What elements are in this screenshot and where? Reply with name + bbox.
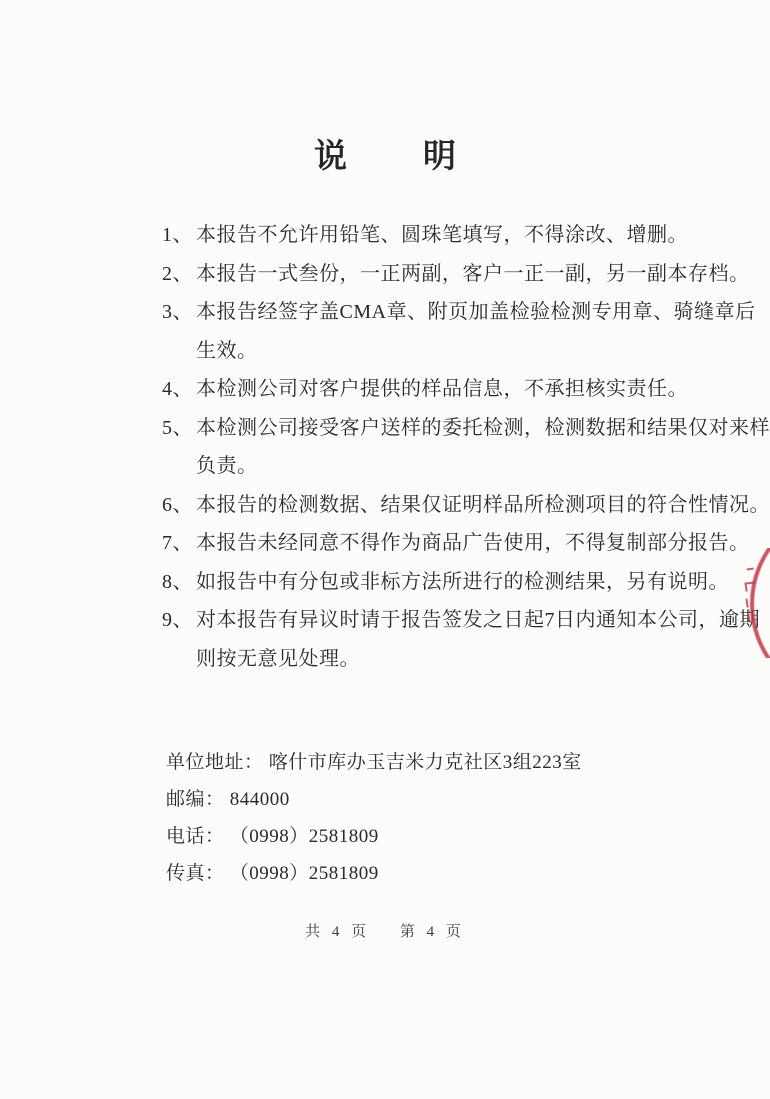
contact-label: 单位地址： [166, 752, 264, 773]
contact-value: 喀什市库办玉吉米力克社区3组223室 [269, 752, 582, 773]
contact-label: 电话： [166, 826, 225, 847]
note-item-2: 2、 本报告一式叁份，一正两副，客户一正一副，另一副本存档。 [162, 255, 770, 294]
note-text: 本报告的检测数据、结果仅证明样品所检测项目的符合性情况。 [196, 486, 770, 525]
page-title: 说明 [0, 130, 770, 177]
contact-row-phone: 电话： （0998）2581809 [166, 818, 582, 855]
note-number: 9、 [162, 601, 196, 640]
note-item-1: 1、 本报告不允许用铅笔、圆珠笔填写，不得涂改、增删。 [162, 216, 770, 255]
contact-label: 传真： [166, 863, 225, 884]
document-page: 说明 1、 本报告不允许用铅笔、圆珠笔填写，不得涂改、增删。 2、 本报告一式叁… [0, 0, 770, 1099]
note-item-4: 4、 本检测公司对客户提供的样品信息，不承担核实责任。 [162, 370, 770, 409]
notes-list: 1、 本报告不允许用铅笔、圆珠笔填写，不得涂改、增删。 2、 本报告一式叁份，一… [122, 216, 770, 678]
note-item-6: 6、 本报告的检测数据、结果仅证明样品所检测项目的符合性情况。 [162, 486, 770, 525]
contact-row-fax: 传真： （0998）2581809 [166, 855, 582, 892]
contact-value: （0998）2581809 [230, 863, 379, 884]
note-text: 本报告不允许用铅笔、圆珠笔填写，不得涂改、增删。 [196, 216, 770, 255]
note-text: 本报告经签字盖CMA章、附页加盖检验检测专用章、骑缝章后生效。 [196, 293, 770, 370]
note-text: 本报告一式叁份，一正两副，客户一正一副，另一副本存档。 [196, 255, 770, 294]
contact-block: 单位地址： 喀什市库办玉吉米力克社区3组223室 邮编： 844000 电话： … [166, 744, 582, 892]
note-text: 本报告未经同意不得作为商品广告使用，不得复制部分报告。 [196, 524, 770, 563]
note-number: 1、 [162, 216, 196, 255]
note-number: 7、 [162, 524, 196, 563]
note-number: 8、 [162, 563, 196, 602]
contact-row-postcode: 邮编： 844000 [166, 781, 582, 818]
note-text: 本检测公司接受客户送样的委托检测，检测数据和结果仅对来样负责。 [196, 409, 770, 486]
note-item-8: 8、 如报告中有分包或非标方法所进行的检测结果，另有说明。 [162, 563, 770, 602]
contact-label: 邮编： [166, 789, 225, 810]
note-text: 如报告中有分包或非标方法所进行的检测结果，另有说明。 [196, 563, 770, 602]
note-number: 4、 [162, 370, 196, 409]
total-pages-label: 共 4 页 [305, 924, 370, 940]
note-item-5: 5、 本检测公司接受客户送样的委托检测，检测数据和结果仅对来样负责。 [162, 409, 770, 486]
note-item-9: 9、 对本报告有异议时请于报告签发之日起7日内通知本公司，逾期则按无意见处理。 [162, 601, 770, 678]
note-text: 对本报告有异议时请于报告签发之日起7日内通知本公司，逾期则按无意见处理。 [196, 601, 770, 678]
contact-value: 844000 [230, 789, 290, 810]
note-number: 5、 [162, 409, 196, 448]
contact-row-address: 单位地址： 喀什市库办玉吉米力克社区3组223室 [166, 744, 582, 781]
note-number: 2、 [162, 255, 196, 294]
note-item-7: 7、 本报告未经同意不得作为商品广告使用，不得复制部分报告。 [162, 524, 770, 563]
current-page-label: 第 4 页 [400, 924, 465, 940]
page-number-footer: 共 4 页 第 4 页 [0, 920, 770, 941]
note-text: 本检测公司对客户提供的样品信息，不承担核实责任。 [196, 370, 770, 409]
note-number: 3、 [162, 293, 196, 332]
contact-value: （0998）2581809 [230, 826, 379, 847]
note-item-3: 3、 本报告经签字盖CMA章、附页加盖检验检测专用章、骑缝章后生效。 [162, 293, 770, 370]
note-number: 6、 [162, 486, 196, 525]
